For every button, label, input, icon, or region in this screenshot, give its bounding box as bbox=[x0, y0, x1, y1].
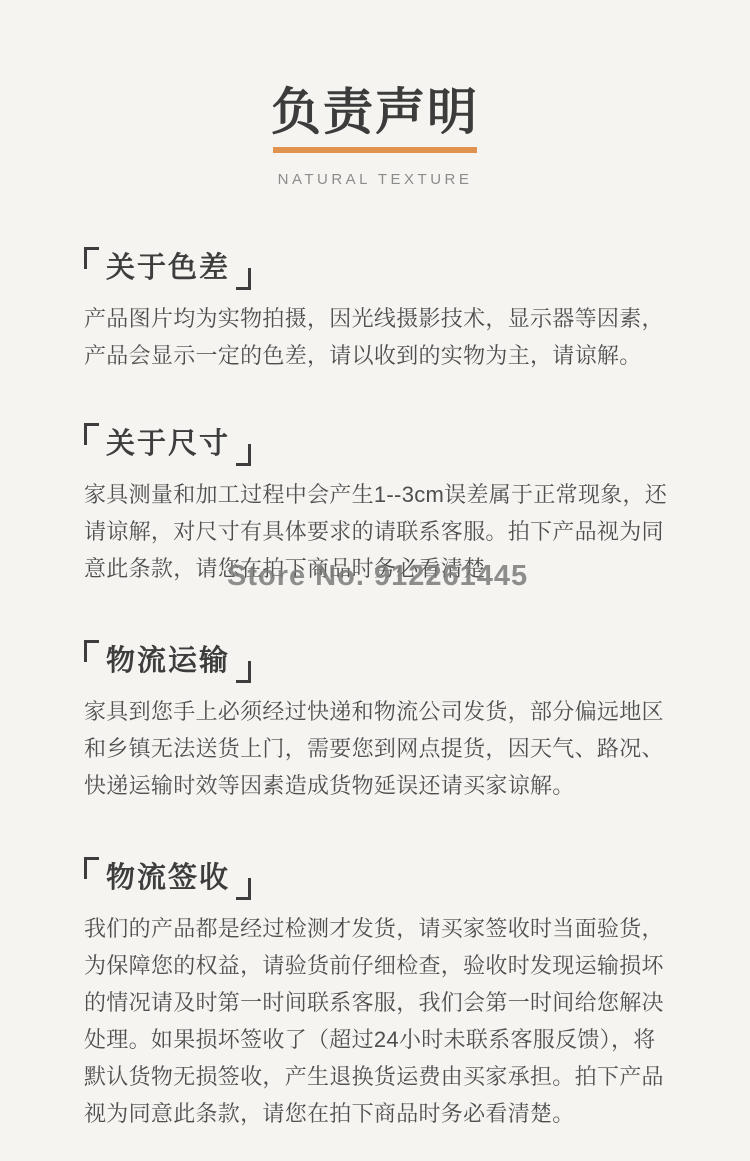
section-heading: 关于色差 bbox=[84, 246, 672, 290]
page-title: 负责声明 bbox=[0, 84, 750, 142]
section-body-text: 家具到您手上必须经过快递和物流公司发货，部分偏远地区 和乡镇无法送货上门，需要您… bbox=[84, 693, 672, 804]
corner-bracket-left bbox=[84, 247, 99, 269]
corner-bracket-right bbox=[236, 444, 251, 466]
page-container: 负责声明 NATURAL TEXTURE Store No. 912261445… bbox=[0, 0, 750, 1161]
corner-bracket-right bbox=[236, 878, 251, 900]
corner-bracket-left bbox=[84, 640, 99, 662]
corner-bracket-right bbox=[236, 661, 251, 683]
section-color-difference: 关于色差 产品图片均为实物拍摄，因光线摄影技术，显示器等因素， 产品会显示一定的… bbox=[84, 246, 672, 374]
section-heading: 物流运输 bbox=[84, 639, 672, 683]
section-body-text: 产品图片均为实物拍摄，因光线摄影技术，显示器等因素， 产品会显示一定的色差，请以… bbox=[84, 300, 672, 374]
page-header: 负责声明 NATURAL TEXTURE bbox=[0, 0, 750, 188]
page-subtitle: NATURAL TEXTURE bbox=[0, 171, 750, 188]
section-heading-label: 物流运输 bbox=[99, 639, 236, 683]
sections-container: 关于色差 产品图片均为实物拍摄，因光线摄影技术，显示器等因素， 产品会显示一定的… bbox=[0, 246, 750, 1132]
section-logistics-transport: 物流运输 家具到您手上必须经过快递和物流公司发货，部分偏远地区 和乡镇无法送货上… bbox=[84, 639, 672, 804]
section-body-text: 我们的产品都是经过检测才发货，请买家签收时当面验货， 为保障您的权益，请验货前仔… bbox=[84, 910, 672, 1132]
store-number-watermark: Store No. 912261445 bbox=[227, 560, 528, 593]
section-logistics-receipt: 物流签收 我们的产品都是经过检测才发货，请买家签收时当面验货， 为保障您的权益，… bbox=[84, 856, 672, 1132]
section-heading: 关于尺寸 bbox=[84, 422, 672, 466]
section-heading-label: 物流签收 bbox=[99, 856, 236, 900]
corner-bracket-left bbox=[84, 423, 99, 445]
title-underline bbox=[273, 147, 477, 153]
section-heading: 物流签收 bbox=[84, 856, 672, 900]
section-heading-label: 关于色差 bbox=[99, 246, 236, 290]
corner-bracket-left bbox=[84, 857, 99, 879]
corner-bracket-right bbox=[236, 268, 251, 290]
section-heading-label: 关于尺寸 bbox=[99, 422, 236, 466]
